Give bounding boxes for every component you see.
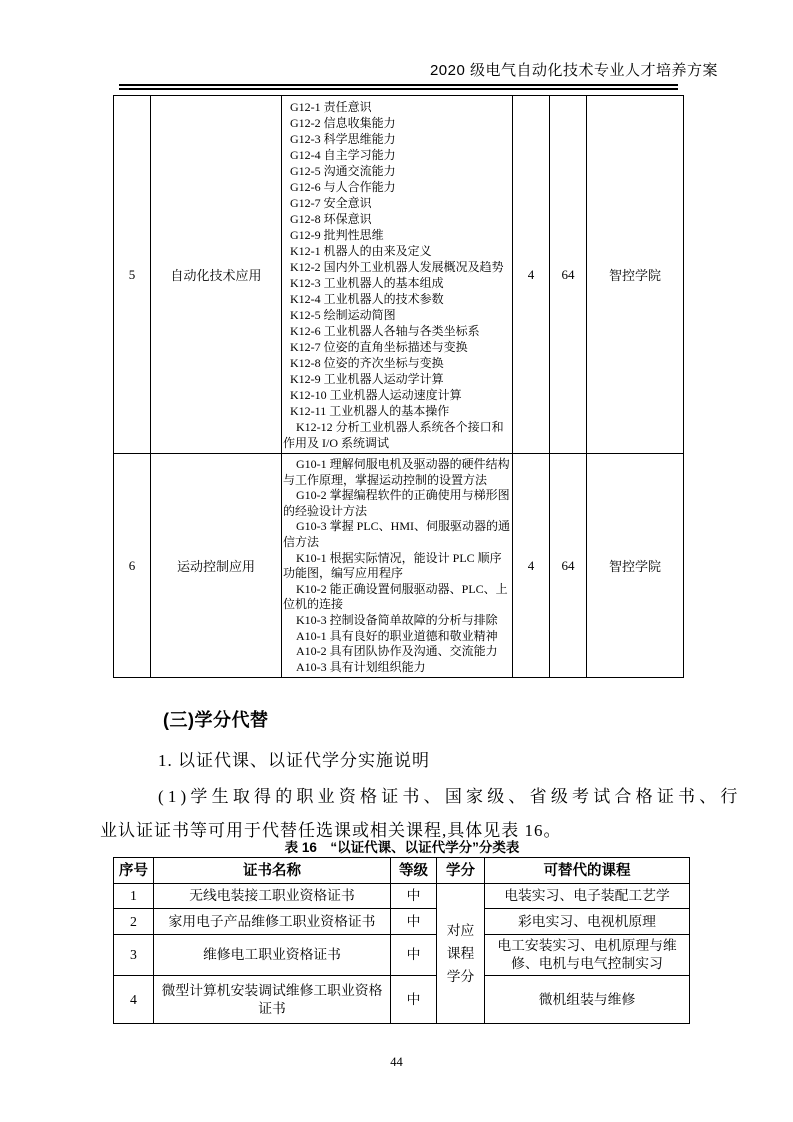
objective-paragraph: G10-1 理解伺服电机及驱动器的硬件结构与工作原理，掌握运动控制的设置方法	[283, 457, 511, 488]
cell-cert-name: 微型计算机安装调试维修工职业资格证书	[154, 976, 391, 1024]
objective-line: G12-2 信息收集能力	[283, 115, 511, 131]
cell-courses: 微机组装与维修	[485, 976, 690, 1024]
objective-line: K12-11 工业机器人的基本操作	[283, 403, 511, 419]
header-level: 等级	[391, 858, 437, 884]
section-subheading: 1. 以证代课、以证代学分实施说明	[158, 746, 430, 771]
section-heading: (三)学分代替	[163, 706, 269, 732]
objective-line: K12-2 国内外工业机器人发展概况及趋势	[283, 259, 511, 275]
cell-serial: 3	[114, 935, 154, 976]
objective-line: G12-1 责任意识	[283, 99, 511, 115]
page-number: 44	[0, 1055, 793, 1070]
header-double-rule	[119, 84, 678, 90]
objective-paragraph: K10-2 能正确设置伺服驱动器、PLC、上位机的连接	[283, 582, 511, 613]
cell-objectives: G10-1 理解伺服电机及驱动器的硬件结构与工作原理，掌握运动控制的设置方法 G…	[282, 454, 513, 678]
cell-cert-name: 无线电装接工职业资格证书	[154, 884, 391, 909]
course-objectives-table: 5 自动化技术应用 G12-1 责任意识 G12-2 信息收集能力 G12-3 …	[113, 95, 684, 678]
objective-line: K12-1 机器人的由来及定义	[283, 243, 511, 259]
cell-level: 中	[391, 909, 437, 935]
table16-header-row: 序号 证书名称 等级 学分 可替代的课程	[114, 858, 690, 884]
table-row-course-6: 6 运动控制应用 G10-1 理解伺服电机及驱动器的硬件结构与工作原理，掌握运动…	[114, 454, 684, 678]
cell-serial: 2	[114, 909, 154, 935]
cell-course-name: 自动化技术应用	[151, 96, 282, 454]
cell-credits: 4	[513, 454, 550, 678]
objective-paragraph: A10-1 具有良好的职业道德和敬业精神	[283, 629, 511, 645]
objective-paragraph: G10-3 掌握 PLC、HMI、伺服驱动器的通信方法	[283, 519, 511, 550]
cell-credit-merged: 对应课程学分	[437, 884, 485, 1024]
header-cert-name: 证书名称	[154, 858, 391, 884]
header-serial: 序号	[114, 858, 154, 884]
objective-paragraph: A10-2 具有团队协作及沟通、交流能力	[283, 644, 511, 660]
cell-credits: 4	[513, 96, 550, 454]
cell-hours: 64	[550, 454, 587, 678]
page-header-title: 2020 级电气自动化技术专业人才培养方案	[430, 59, 718, 80]
cell-serial: 5	[114, 96, 151, 454]
cell-level: 中	[391, 884, 437, 909]
objective-line: K12-6 工业机器人各轴与各类坐标系	[283, 323, 511, 339]
cell-level: 中	[391, 976, 437, 1024]
objective-line: G12-6 与人合作能力	[283, 179, 511, 195]
cell-college: 智控学院	[587, 454, 684, 678]
cell-level: 中	[391, 935, 437, 976]
credit-substitution-table: 序号 证书名称 等级 学分 可替代的课程 1 无线电装接工职业资格证书 中 对应…	[113, 857, 690, 1024]
objective-line: K12-7 位姿的直角坐标描述与变换	[283, 339, 511, 355]
objective-line: G12-7 安全意识	[283, 195, 511, 211]
objective-line: K12-4 工业机器人的技术参数	[283, 291, 511, 307]
objective-line: K12-3 工业机器人的基本组成	[283, 275, 511, 291]
objective-line: G12-5 沟通交流能力	[283, 163, 511, 179]
objective-line: K12-8 位姿的齐次坐标与变换	[283, 355, 511, 371]
header-credit: 学分	[437, 858, 485, 884]
cell-serial: 4	[114, 976, 154, 1024]
objective-line: K12-5 绘制运动简图	[283, 307, 511, 323]
objective-line: K12-10 工业机器人运动速度计算	[283, 387, 511, 403]
objective-line: G12-3 科学思维能力	[283, 131, 511, 147]
objective-line: G12-8 环保意识	[283, 211, 511, 227]
objective-paragraph: G10-2 掌握编程软件的正确使用与梯形图的经验设计方法	[283, 488, 511, 519]
objective-line: G12-4 自主学习能力	[283, 147, 511, 163]
document-page: 2020 级电气自动化技术专业人才培养方案 5 自动化技术应用 G12-1 责任…	[0, 0, 793, 1122]
objective-paragraph: K12-12 分析工业机器人系统各个接口和作用及 I/O 系统调试	[283, 419, 511, 451]
objective-paragraph: K10-3 控制设备简单故障的分析与排除	[283, 613, 511, 629]
objective-line: G12-9 批判性思维	[283, 227, 511, 243]
objective-paragraph: A10-3 具有计划组织能力	[283, 660, 511, 676]
table-row: 4 微型计算机安装调试维修工职业资格证书 中 微机组装与维修	[114, 976, 690, 1024]
cell-courses: 电工安装实习、电机原理与维修、电机与电气控制实习	[485, 935, 690, 976]
body-paragraph-line: (1)学生取得的职业资格证书、国家级、省级考试合格证书、行	[158, 782, 742, 807]
cell-objectives: G12-1 责任意识 G12-2 信息收集能力 G12-3 科学思维能力 G12…	[282, 96, 513, 454]
cell-cert-name: 家用电子产品维修工职业资格证书	[154, 909, 391, 935]
table-row: 2 家用电子产品维修工职业资格证书 中 彩电实习、电视机原理	[114, 909, 690, 935]
cell-courses: 电装实习、电子装配工艺学	[485, 884, 690, 909]
table-row: 1 无线电装接工职业资格证书 中 对应课程学分 电装实习、电子装配工艺学	[114, 884, 690, 909]
table-row: 3 维修电工职业资格证书 中 电工安装实习、电机原理与维修、电机与电气控制实习	[114, 935, 690, 976]
cell-college: 智控学院	[587, 96, 684, 454]
header-replaceable-courses: 可替代的课程	[485, 858, 690, 884]
cell-course-name: 运动控制应用	[151, 454, 282, 678]
cell-serial: 6	[114, 454, 151, 678]
objective-line: K12-9 工业机器人运动学计算	[283, 371, 511, 387]
cell-cert-name: 维修电工职业资格证书	[154, 935, 391, 976]
cell-hours: 64	[550, 96, 587, 454]
table16-caption: 表 16 “以证代课、以证代学分”分类表	[113, 836, 691, 856]
objective-paragraph: K10-1 根据实际情况，能设计 PLC 顺序功能图，编写应用程序	[283, 551, 511, 582]
table-row-course-5: 5 自动化技术应用 G12-1 责任意识 G12-2 信息收集能力 G12-3 …	[114, 96, 684, 454]
cell-courses: 彩电实习、电视机原理	[485, 909, 690, 935]
cell-serial: 1	[114, 884, 154, 909]
